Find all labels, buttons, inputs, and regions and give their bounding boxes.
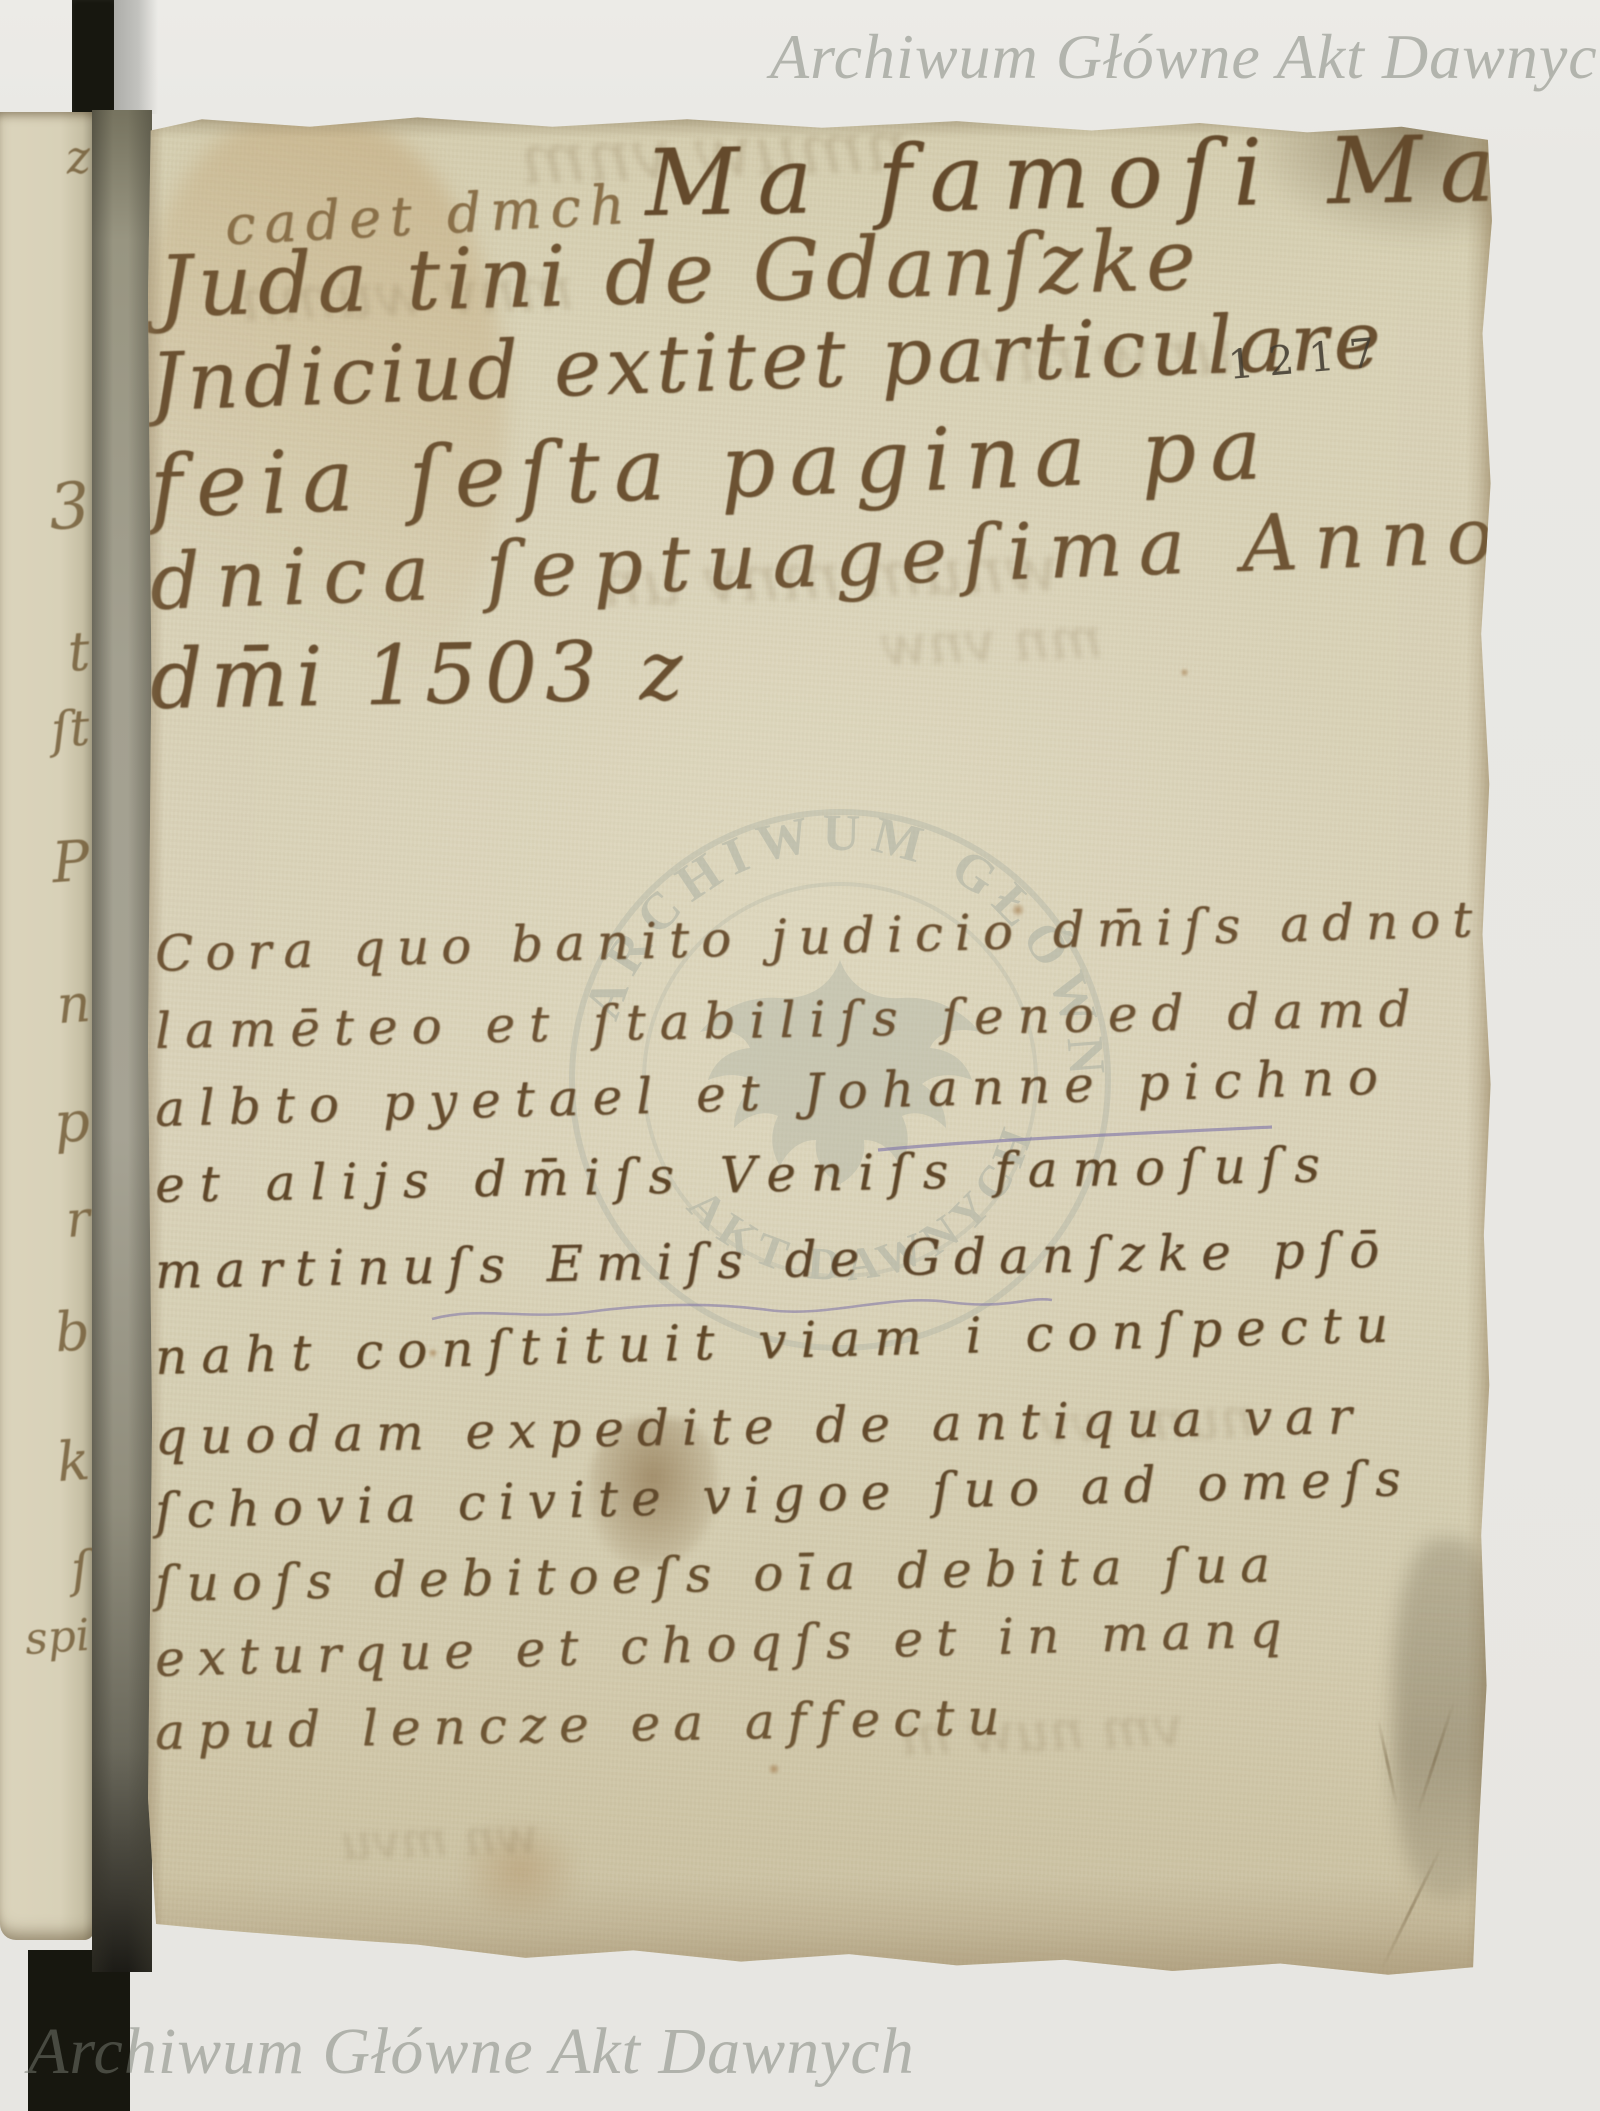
- sliver-stroke-fragment-4: P: [50, 829, 92, 896]
- paper-crease: [1416, 1700, 1456, 1815]
- foxing-spot: [1180, 668, 1189, 677]
- stamp-eagle-icon: [700, 960, 980, 1186]
- show-through-mark-6: vm nuw m: [899, 1695, 1184, 1768]
- binding-tape-top: [72, 0, 116, 114]
- manuscript-line-6: dm̄i 1503 z: [149, 624, 691, 728]
- show-through-mark-4: mn vnw: [879, 606, 1104, 679]
- sliver-stroke-fragment-3: ſt: [49, 699, 92, 760]
- manuscript-line-4: feia ſeſta pagina pa: [148, 399, 1277, 538]
- manuscript-line-13: quodam expedite de antiqua var: [154, 1387, 1365, 1466]
- sliver-stroke-fragment-2: t: [66, 619, 92, 683]
- manuscript-line-17: apud lencze ea affectu: [154, 1688, 1012, 1761]
- ink-smudge: [588, 1418, 718, 1568]
- sliver-stroke-fragment-8: b: [53, 1299, 92, 1364]
- sliver-stroke-fragment-1: 3: [47, 469, 93, 546]
- show-through-mark-1: mnv wumn: [239, 254, 575, 336]
- sliver-stroke-fragment-11: spi: [23, 1610, 91, 1665]
- scanned-manuscript-page: { "watermarks": { "top_right": "Archiwum…: [0, 0, 1600, 2111]
- sliver-stroke-fragment-5: n: [54, 974, 92, 1036]
- sliver-stroke-fragment-6: p: [52, 1089, 92, 1156]
- archive-watermark-bottom: Archiwum Główne Akt Dawnych: [28, 2014, 915, 2090]
- binding-gutter: [92, 110, 152, 1972]
- archive-round-stamp: ARCHIWUM GŁÓWNE AKT DAWNYCH: [530, 770, 1150, 1390]
- previous-page-sliver: z3tſtPnprbkſspi: [0, 112, 94, 1940]
- sliver-stroke-fragment-7: r: [64, 1189, 92, 1249]
- toned-edge-left: [148, 108, 164, 1986]
- show-through-mark-7: wn mvu: [339, 1807, 540, 1872]
- manuscript-line-2: Juda tini de Gdanſzke: [157, 211, 1203, 336]
- paper-stain: [136, 116, 506, 736]
- manuscript-line-15: ſuoſs debitoeſs oīa debita ſua: [154, 1535, 1283, 1613]
- manuscript-line-16: exturque et choqſs et in manq: [154, 1600, 1295, 1688]
- show-through-mark-2: unw mv: [979, 316, 1236, 399]
- toned-edge-right: [1466, 108, 1496, 1986]
- paper-crease: [1377, 1719, 1399, 1808]
- sliver-stroke-fragment-0: z: [64, 129, 92, 185]
- manuscript-line-0: cadet dmch: [223, 173, 634, 257]
- folio-number: 1217: [1226, 329, 1391, 389]
- manuscript-line-5: dnica ſeptuageſima Anno: [148, 491, 1510, 628]
- manuscript-page: ARCHIWUM GŁÓWNE AKT DAWNYCH nmuw vnmmnv …: [148, 108, 1496, 1986]
- foxing-spot: [428, 1348, 438, 1358]
- sliver-stroke-fragment-9: k: [55, 1429, 92, 1494]
- manuscript-line-14: ſchovia civite vigoe ſuo ad omeſs: [154, 1449, 1414, 1540]
- foxing-spot: [768, 1763, 780, 1775]
- manuscript-line-3: Jndiciud extitet particulare: [148, 293, 1387, 429]
- archive-watermark-top: Archiwum Główne Akt Dawnych: [770, 20, 1600, 94]
- show-through-mark-5: num wv: [1039, 1386, 1256, 1456]
- sliver-stroke-fragment-10: ſ: [69, 1539, 92, 1598]
- show-through-mark-3: wnum mnv un: [599, 532, 1060, 622]
- show-through-mark-0: nmuw vnm: [519, 105, 911, 201]
- toned-edge-bottom: [148, 1876, 1496, 1986]
- gutter-shadow-top: [114, 0, 158, 114]
- toned-edge-top: [148, 108, 1496, 138]
